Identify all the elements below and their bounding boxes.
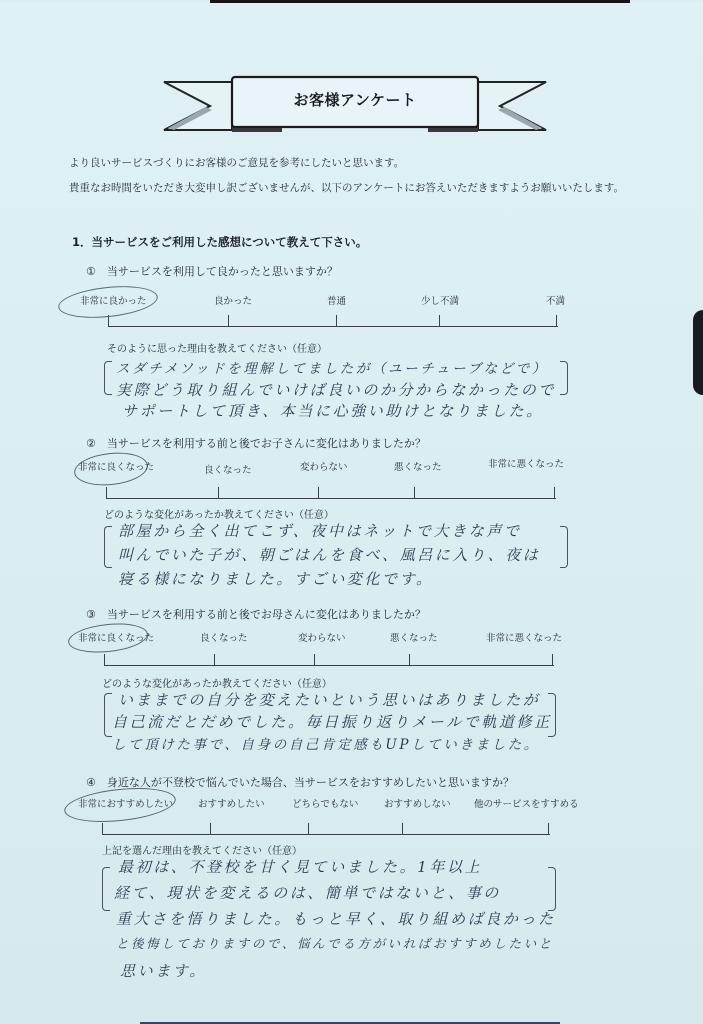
photo-edge-top bbox=[210, 0, 630, 3]
title-banner: お客様アンケート bbox=[160, 74, 550, 136]
answer-bracket-right bbox=[560, 361, 568, 395]
q2-answer-line-2: 叫んでいた子が、朝ごはんを食べ、風呂に入り、夜は bbox=[118, 544, 540, 565]
q3-option-5[interactable]: 非常に悪くなった bbox=[486, 630, 562, 644]
q1-answer-line-2: 実際どう取り組んでいけば良いのか分からなかったので bbox=[116, 379, 556, 400]
q2-rating-scale[interactable] bbox=[106, 488, 556, 499]
answer-bracket-right bbox=[560, 526, 568, 568]
q3-answer-line-2: 自己流だとだめでした。毎日振り返りメールで軌道修正 bbox=[112, 711, 552, 732]
answer-bracket-right bbox=[548, 867, 556, 911]
q3-option-4[interactable]: 悪くなった bbox=[390, 630, 438, 644]
photo-edge-shadow bbox=[693, 310, 703, 395]
q4-option-1[interactable]: 非常におすすめしたい bbox=[78, 796, 173, 810]
q4-rating-scale[interactable] bbox=[102, 824, 550, 835]
answer-bracket-left bbox=[104, 526, 112, 568]
q1-option-1[interactable]: 非常に良かった bbox=[80, 293, 147, 307]
q3-rating-scale[interactable] bbox=[104, 655, 554, 666]
q3-answer-line-1: いままでの自分を変えたいという思いはありましたが bbox=[118, 689, 540, 710]
q4-reason-prompt: 上記を選んだ理由を教えてください（任意） bbox=[102, 842, 302, 857]
question-2-title: ② 当サービスを利用する前と後でお子さんに変化はありましたか？ bbox=[86, 435, 426, 451]
question-1-title: ① 当サービスを利用して良かったと思いますか？ bbox=[86, 263, 338, 279]
q4-option-5[interactable]: 他のサービスをすすめる bbox=[474, 796, 579, 810]
q1-rating-scale[interactable] bbox=[108, 316, 558, 327]
q1-answer-line-3: サポートして頂き、本当に心強い助けとなりました。 bbox=[122, 400, 544, 421]
q3-option-2[interactable]: 良くなった bbox=[200, 630, 248, 644]
q1-answer-line-1: スダチメソッドを理解してましたが（ユーチューブなどで） bbox=[116, 357, 548, 377]
q3-option-1[interactable]: 非常に良くなった bbox=[78, 630, 154, 644]
q2-option-3[interactable]: 変わらない bbox=[300, 459, 348, 473]
answer-bracket-left bbox=[104, 361, 112, 395]
q2-answer-line-1: 部屋から全く出てこず、夜中はネットで大きな声で bbox=[118, 520, 522, 541]
answer-bracket-left bbox=[104, 693, 112, 737]
q1-option-5[interactable]: 不満 bbox=[546, 293, 565, 307]
intro-line-2: 貴重なお時間をいただき大変申し訳ございませんが、以下のアンケートにお答えいただき… bbox=[69, 180, 624, 195]
q4-answer-line-4: と後悔しておりますので、悩んでる方がいればおすすめしたいと bbox=[116, 934, 554, 952]
q4-answer-line-5: 思います。 bbox=[120, 960, 207, 981]
q4-option-3[interactable]: どちらでもない bbox=[292, 796, 358, 810]
q1-reason-prompt: そのように思った理由を教えてください（任意） bbox=[107, 340, 327, 355]
question-3-title: ③ 当サービスを利用する前と後でお母さんに変化はありましたか？ bbox=[86, 606, 426, 622]
q1-option-2[interactable]: 良かった bbox=[214, 293, 252, 307]
q2-answer-line-3: 寝る様になりました。すごい変化です。 bbox=[118, 568, 434, 589]
survey-title: お客様アンケート bbox=[232, 89, 478, 110]
section-title: 1．当サービスをご利用した感想について教えて下さい。 bbox=[72, 234, 367, 250]
q4-answer-line-1: 最初は、不登校を甘く見ていました。1年以上 bbox=[118, 856, 482, 877]
q3-option-3[interactable]: 変わらない bbox=[298, 630, 346, 644]
answer-bracket-left bbox=[102, 867, 110, 911]
intro-line-1: より良いサービスづくりにお客様のご意見を参考にしたいと思います。 bbox=[69, 155, 404, 170]
q4-option-2[interactable]: おすすめしたい bbox=[198, 796, 265, 810]
q1-option-3[interactable]: 普通 bbox=[327, 293, 346, 307]
q2-option-2[interactable]: 良くなった bbox=[204, 462, 252, 476]
q2-option-4[interactable]: 悪くなった bbox=[394, 459, 442, 473]
q4-answer-line-3: 重大さを悟りました。もっと早く、取り組めば良かった bbox=[116, 908, 556, 929]
q2-option-1[interactable]: 非常に良くなった bbox=[78, 459, 154, 473]
q2-change-prompt: どのような変化があったか教えてください（任意） bbox=[104, 506, 334, 521]
q2-option-5[interactable]: 非常に悪くなった bbox=[488, 456, 564, 470]
q3-change-prompt: どのような変化があったか教えてください（任意） bbox=[102, 675, 332, 690]
q4-answer-line-2: 経て、現状を変えるのは、簡単ではないと、事の bbox=[114, 882, 501, 903]
q3-answer-line-3: して頂けた事で、自身の自己肯定感もUPしていきました。 bbox=[112, 733, 540, 753]
q4-option-4[interactable]: おすすめしない bbox=[384, 796, 451, 810]
q1-option-4[interactable]: 少し不満 bbox=[421, 293, 459, 307]
